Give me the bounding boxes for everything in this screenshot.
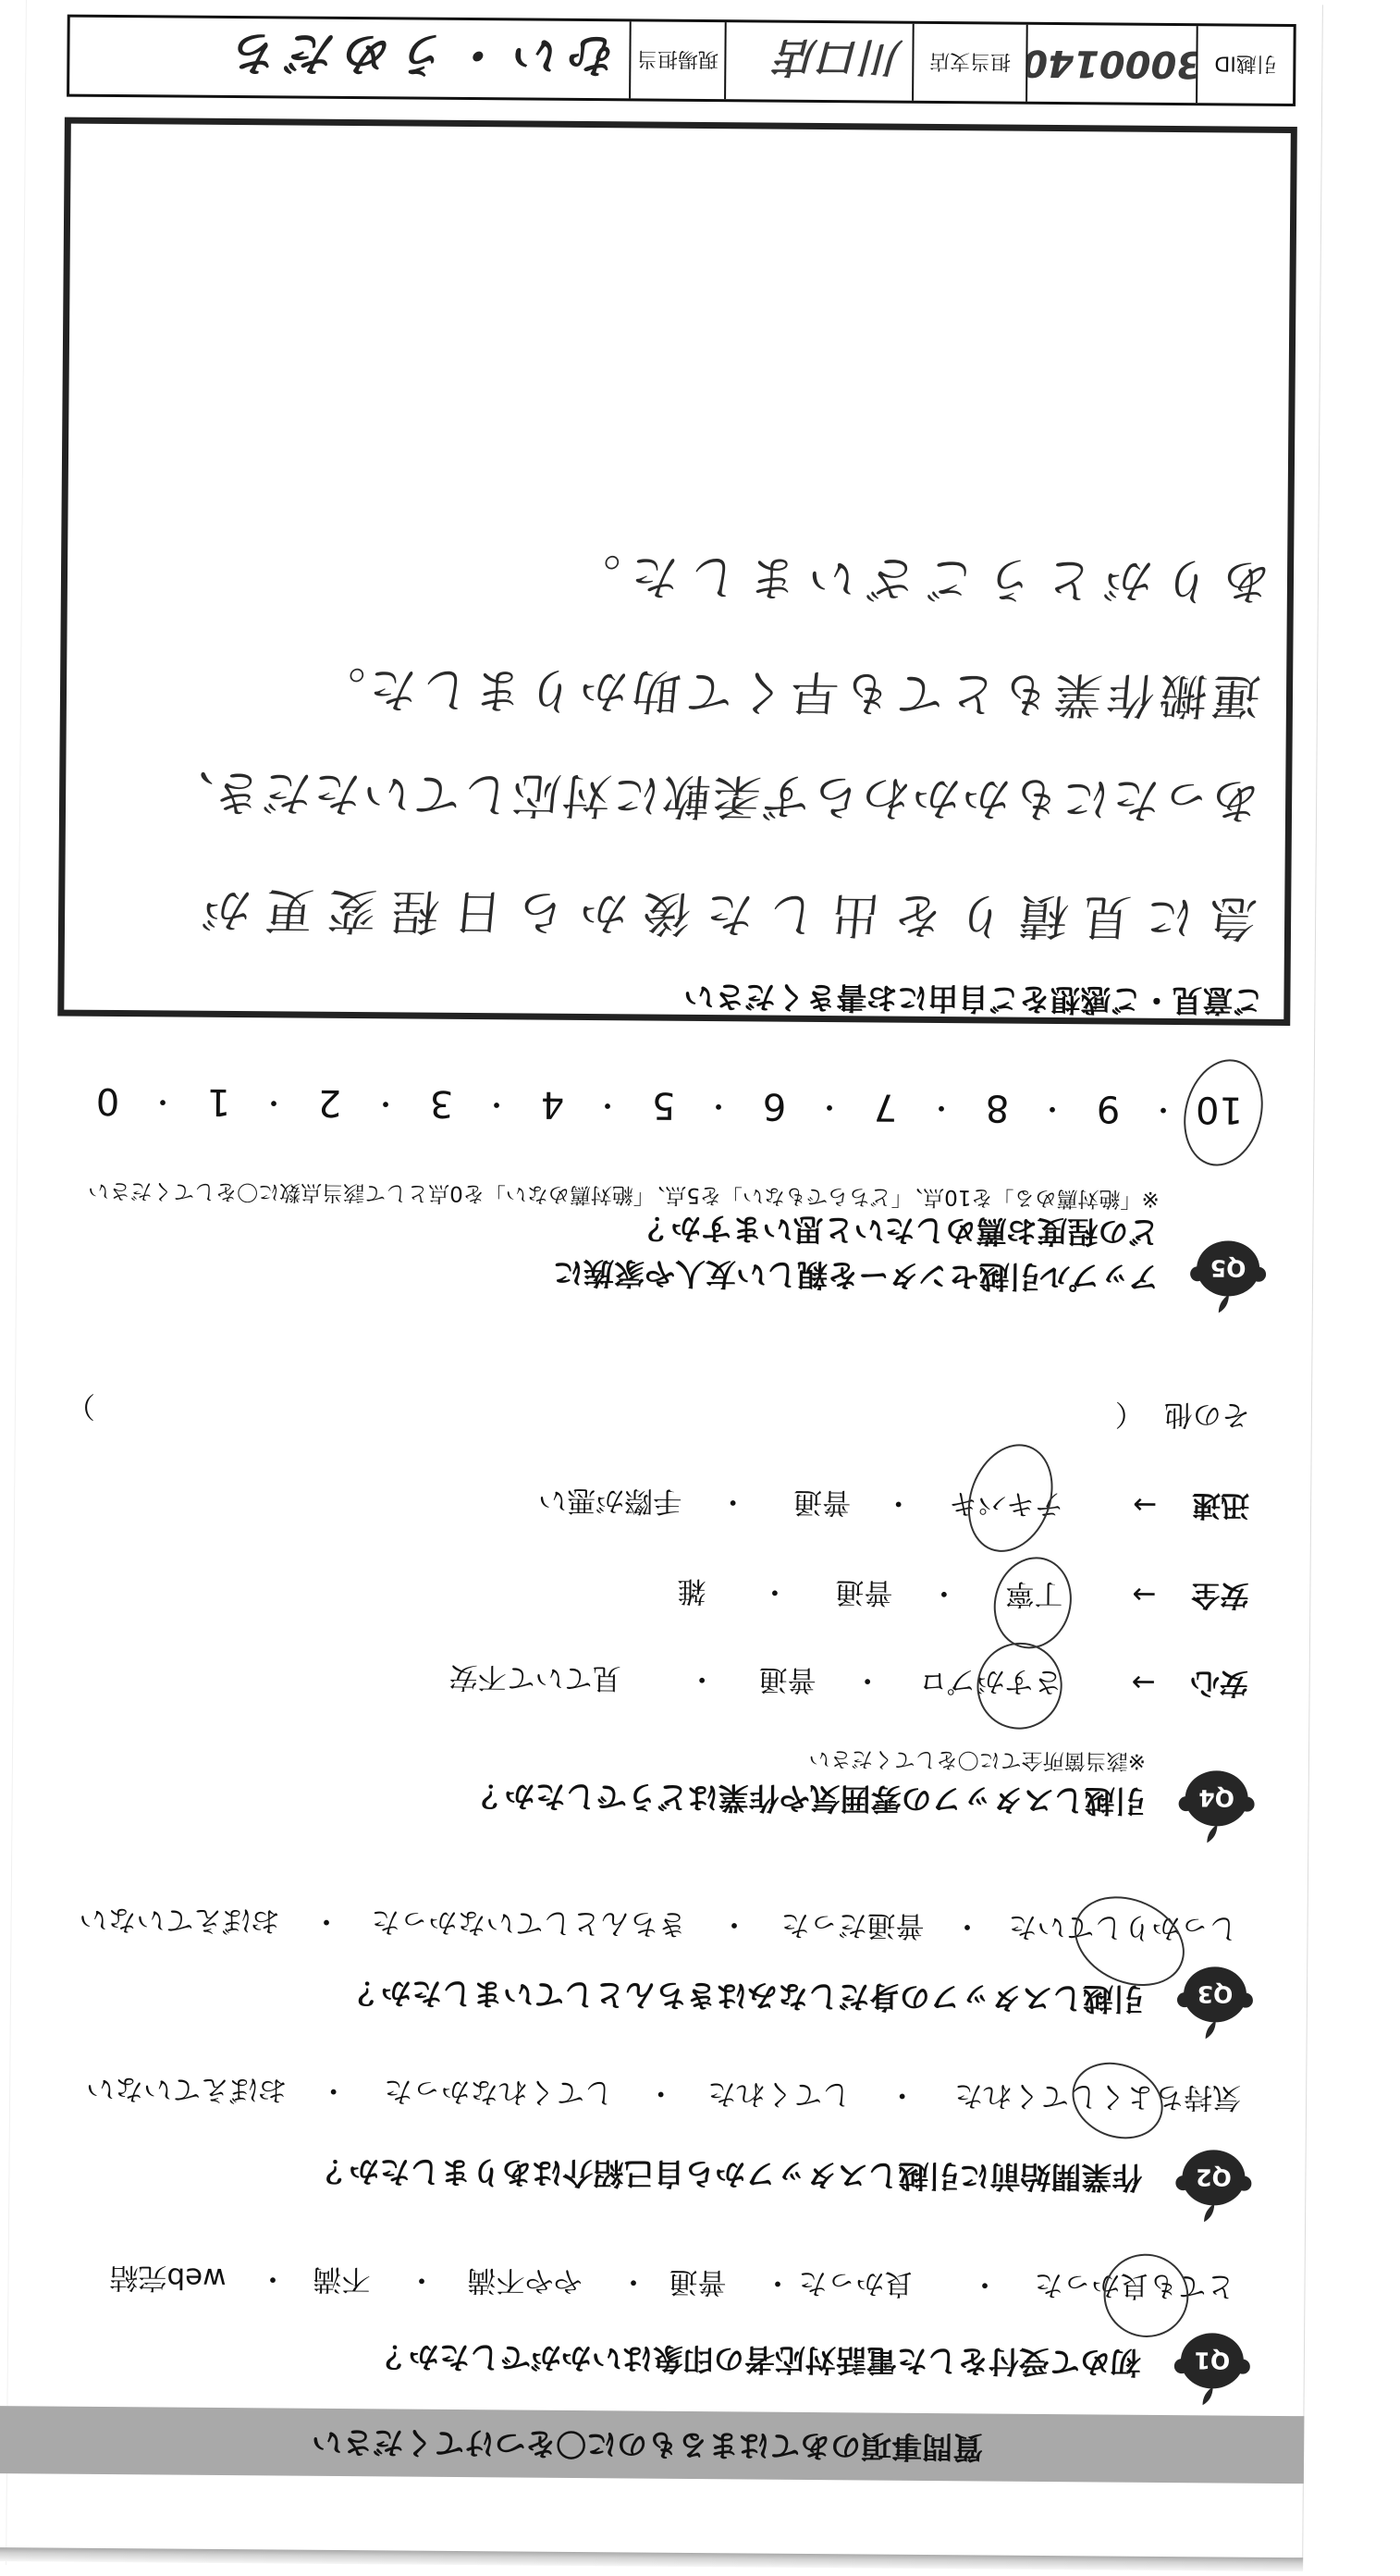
q4-other-close-paren: ） (67, 1387, 95, 1424)
q4-row-label-safety-feeling: 安心 (1190, 1664, 1247, 1701)
separator: ・ (258, 2260, 287, 2297)
apple-q3-badge-icon: Q3 (1173, 1959, 1258, 2043)
move-id-value: 3000140 (1027, 25, 1198, 103)
staff-value: むい・うめだち (69, 18, 632, 99)
separator: ・ (927, 1085, 955, 1129)
apple-q2-badge-icon: Q2 (1172, 2142, 1256, 2226)
q1-option-somewhat-unsatisfied: やや不満 (467, 2262, 582, 2299)
q4-row3-selection-circle (953, 1432, 1067, 1564)
q3-question: 引越しスタッフの身だしなみはきちんとしていましたか？ (350, 1974, 1144, 2017)
separator: ・ (372, 1080, 399, 1125)
q5-selection-circle (1173, 1051, 1274, 1175)
handwritten-comment-line: 急に見積りを出した後から日程変更が (185, 877, 1260, 950)
q5-score-1: 1 (190, 1079, 246, 1124)
separator: ・ (760, 1573, 789, 1610)
svg-text:Q1: Q1 (1194, 2347, 1230, 2373)
separator: ・ (1149, 1087, 1177, 1131)
instruction-band: 質問事項のあてはまるものに〇をつけてください (0, 2406, 1304, 2484)
arrow-right-icon: → (1132, 1576, 1156, 1613)
move-id-label: 引越ID (1198, 26, 1294, 104)
separator: ・ (888, 2077, 916, 2114)
apple-q5-badge-icon: Q5 (1186, 1233, 1271, 1317)
q5-score-7: 7 (857, 1084, 913, 1128)
q5-score-5: 5 (635, 1082, 691, 1127)
q1-option-web: web完結 (109, 2259, 226, 2297)
q3-option-not-neat: きちんとしていなかった (371, 1903, 686, 1942)
separator: ・ (763, 2264, 792, 2301)
q5-score-4: 4 (524, 1082, 580, 1127)
handwritten-comment-line: ありがとうございました。 (558, 543, 1274, 613)
separator: ・ (816, 1084, 843, 1128)
staff-label: 現場担当 (631, 21, 726, 99)
separator: ・ (970, 2265, 999, 2302)
separator: ・ (594, 1082, 621, 1127)
separator: ・ (646, 2075, 675, 2112)
survey-form-page-upside-down: 質問事項のあてはまるものに〇をつけてください Q1 初めて受付をした電話対応者の… (0, 0, 1400, 2570)
separator: ・ (149, 1078, 177, 1123)
q2-option-no: してくれなかった (384, 2072, 613, 2111)
separator: ・ (1038, 1086, 1066, 1130)
q4-other-open-paren: （ (1115, 1396, 1144, 1433)
q4-row1-option-normal: 普通 (758, 1661, 816, 1698)
handwritten-comment-line: 運搬作業もとても早くて助かりました。 (309, 656, 1264, 728)
q5-score-3: 3 (413, 1081, 469, 1126)
q4-row1-selection-circle (965, 1632, 1074, 1741)
q4-note: ※該当箇所全てに〇をしてください (809, 1744, 1147, 1775)
separator: ・ (260, 1079, 288, 1124)
separator: ・ (719, 1905, 748, 1942)
q5-question-line2: どの程度お薦めしたいと思いますか？ (640, 1209, 1159, 1250)
svg-text:Q4: Q4 (1198, 1784, 1234, 1811)
separator: ・ (929, 1574, 958, 1611)
svg-text:Q3: Q3 (1197, 1980, 1234, 2007)
q4-question: 引越しスタッフの雰囲気や作業はどうでしたか？ (474, 1777, 1146, 1819)
q5-score-0: 0 (80, 1078, 135, 1123)
q4-row-label-safety: 安全 (1191, 1576, 1248, 1613)
q2-option-yes: してくれた (707, 2075, 851, 2113)
separator: ・ (952, 1907, 981, 1944)
separator: ・ (619, 2262, 647, 2299)
svg-text:Q5: Q5 (1210, 1254, 1246, 1281)
q1-option-unsatisfied: 不満 (313, 2261, 370, 2298)
separator: ・ (884, 1485, 913, 1522)
q3-option-dont-remember: おぼえていない (79, 1901, 279, 1940)
apple-q1-badge-icon: Q1 (1170, 2325, 1254, 2410)
q2-selection-circle (1061, 2049, 1175, 2152)
q1-option-good: 良かった (798, 2264, 913, 2302)
arrow-right-icon: → (1133, 1486, 1157, 1523)
separator: ・ (688, 1660, 717, 1697)
apple-q4-badge-icon: Q4 (1174, 1763, 1259, 1847)
paper-edge (1302, 5, 1323, 2558)
handwritten-comment-line: あったにもかかわらず柔軟に対応していただき、 (160, 758, 1262, 832)
q2-question: 作業開始前に引越しスタッフから自己紹介はありましたか？ (318, 2152, 1142, 2196)
separator: ・ (483, 1081, 510, 1126)
svg-text:Q2: Q2 (1196, 2163, 1232, 2190)
separator: ・ (705, 1083, 732, 1128)
separator: ・ (407, 2262, 436, 2299)
q1-option-normal: 普通 (669, 2263, 726, 2300)
q4-row-label-speed: 迅速 (1192, 1486, 1249, 1523)
q1-question: 初めて受付をした電話対応者の印象はいかがでしたか？ (378, 2337, 1141, 2380)
separator: ・ (853, 1661, 881, 1698)
q5-score-6: 6 (746, 1083, 802, 1128)
q5-score-9: 9 (1080, 1086, 1136, 1130)
q5-question-line1: アップル引越センターを親しい友人や家族に (553, 1254, 1159, 1296)
separator: ・ (718, 1483, 747, 1520)
q5-note: ※「絶対薦める」を10点、「どちらでもない」を5点、「絶対薦めない」を0点として… (88, 1177, 1160, 1213)
q4-row1-option-uneasy: 見ていて不安 (449, 1658, 621, 1696)
q4-row3-option-normal: 普通 (793, 1484, 851, 1521)
paper-shadow (0, 2547, 1303, 2570)
scan-edge-line (6, 0, 27, 2565)
q2-option-dont-remember: おぼえていない (86, 2070, 287, 2109)
q4-row2-option-rough: 雑 (677, 1572, 706, 1609)
q4-row2-option-normal: 普通 (835, 1573, 892, 1610)
branch-label: 担当支店 (914, 24, 1028, 102)
q4-row3-option-clumsy: 手際が悪い (538, 1482, 682, 1520)
q4-row2-selection-circle (984, 1548, 1081, 1658)
move-info-table: 引越ID 3000140 担当支店 川口店 現場担当 むい・うめだち (67, 15, 1296, 106)
q5-score-8: 8 (969, 1085, 1025, 1129)
arrow-right-icon: → (1132, 1664, 1156, 1701)
comments-label: ご意見・ご感想をご自由にお書きください (683, 980, 1263, 1017)
separator: ・ (312, 1903, 340, 1940)
q3-option-normal: 普通だった (780, 1906, 924, 1944)
q5-score-2: 2 (301, 1080, 357, 1125)
q4-other-label: その他 (1164, 1396, 1250, 1434)
branch-value: 川口店 (726, 22, 915, 101)
separator: ・ (319, 2072, 348, 2109)
